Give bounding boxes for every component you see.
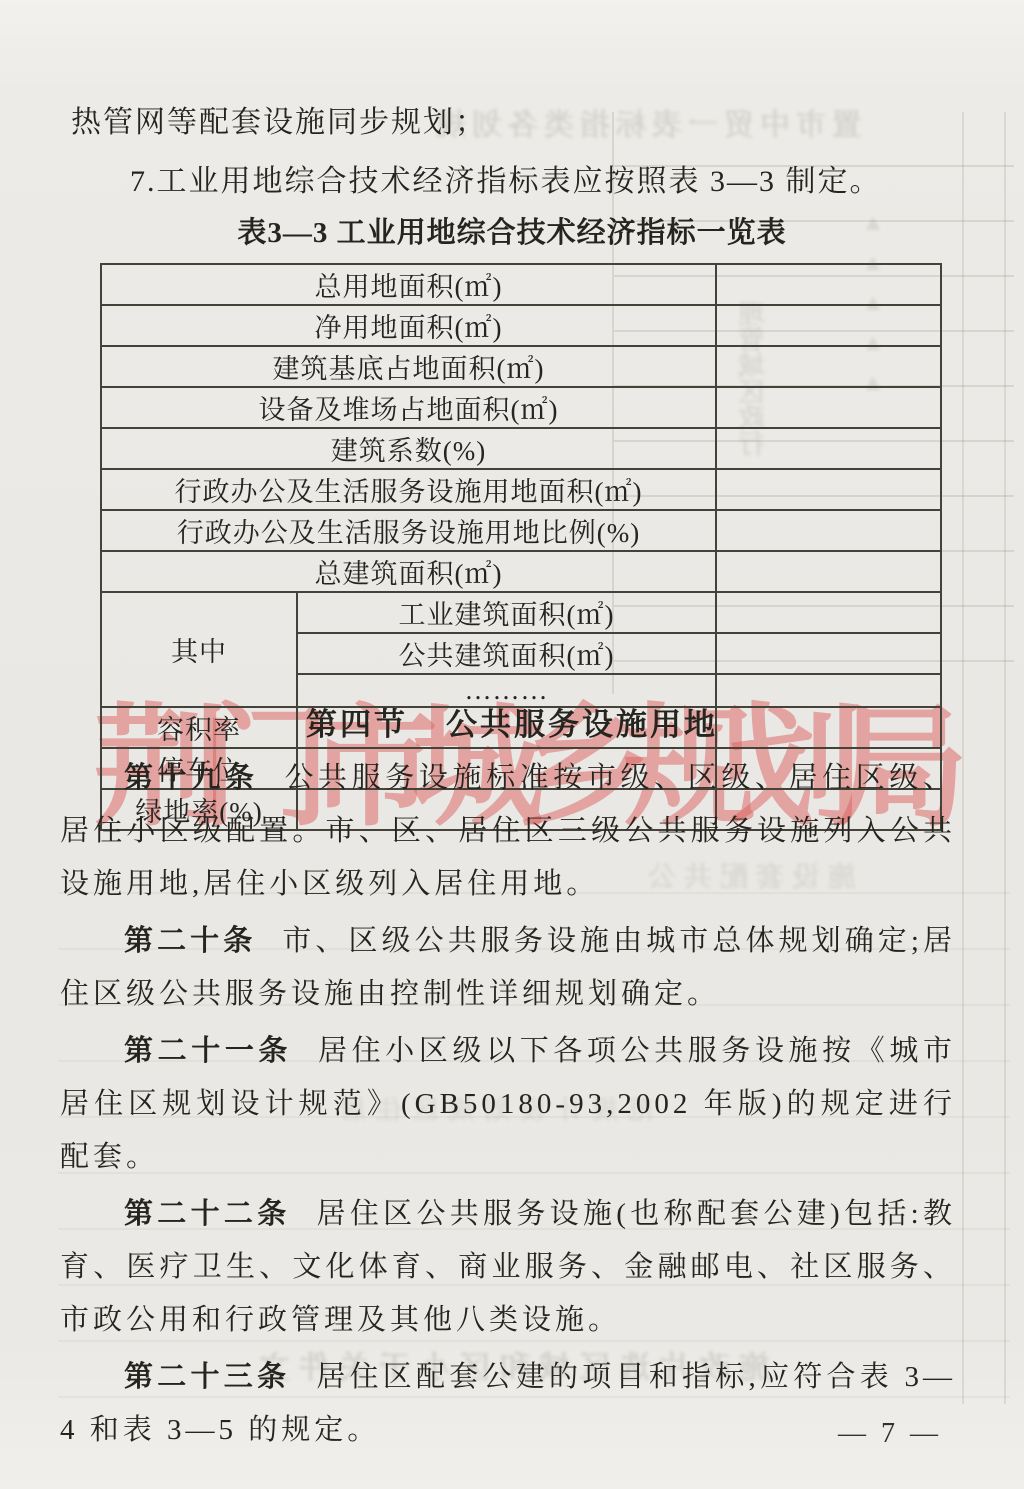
indicator-sublabel: 公共建筑面积(㎡) bbox=[297, 633, 716, 674]
value-cell-empty bbox=[716, 551, 941, 592]
indicator-label: 行政办公及生活服务设施用地面积(㎡) bbox=[101, 469, 716, 510]
bleed-through-text: 置市中贸一表标指类各划规 bbox=[430, 100, 862, 144]
value-cell-empty bbox=[716, 264, 941, 305]
article-21: 第二十一条居住小区级以下各项公共服务设施按《城市居住区规划设计规范》(GB501… bbox=[60, 1025, 956, 1184]
section-title: 公共服务设施用地 bbox=[446, 707, 718, 742]
article-22: 第二十二条居住区公共服务设施(也称配套公建)包括:教育、医疗卫生、文化体育、商业… bbox=[60, 1188, 956, 1347]
indicator-label: 总建筑面积(㎡) bbox=[101, 551, 716, 592]
value-cell-empty bbox=[716, 305, 941, 346]
article-22-label: 第二十二条 bbox=[124, 1198, 291, 1230]
table-row: 总建筑面积(㎡) bbox=[101, 551, 941, 592]
table-3-3-title: 表3—3 工业用地综合技术经济指标一览表 bbox=[0, 210, 1024, 251]
value-cell-empty bbox=[716, 469, 941, 510]
article-20: 第二十条市、区级公共服务设施由城市总体规划确定;居住区级公共服务设施由控制性详细… bbox=[60, 915, 956, 1021]
table-row: 建筑系数(%) bbox=[101, 428, 941, 469]
bleed-through-vline bbox=[962, 112, 964, 1404]
value-cell-empty bbox=[716, 428, 941, 469]
table-row: 行政办公及生活服务设施用地面积(㎡) bbox=[101, 469, 941, 510]
article-20-label: 第二十条 bbox=[124, 925, 256, 957]
indicator-label: 净用地面积(㎡) bbox=[101, 305, 716, 346]
value-cell-empty bbox=[716, 510, 941, 551]
table-row: 建筑基底占地面积(㎡) bbox=[101, 346, 941, 387]
table-row: 其中 工业建筑面积(㎡) bbox=[101, 592, 941, 633]
table-3-3: 总用地面积(㎡) 净用地面积(㎡) 建筑基底占地面积(㎡) 设备及堆场占地面积(… bbox=[100, 263, 942, 831]
paragraph-continuation: 热管网等配套设施同步规划； bbox=[71, 97, 487, 141]
article-19-label: 第十九条 bbox=[124, 762, 258, 794]
value-cell-empty bbox=[716, 387, 941, 428]
value-cell-empty bbox=[716, 633, 941, 674]
table-row: 净用地面积(㎡) bbox=[101, 305, 941, 346]
indicator-label: 总用地面积(㎡) bbox=[101, 264, 716, 305]
section-number: 第四节 bbox=[306, 707, 408, 742]
article-19: 第十九条公共服务设施标准按市级、区级、居住区级、居住小区级配置。市、区、居住区三… bbox=[60, 752, 956, 911]
section-heading: 第四节公共服务设施用地 bbox=[0, 699, 1024, 744]
table-row: 行政办公及生活服务设施用地比例(%) bbox=[101, 510, 941, 551]
indicator-label: 行政办公及生活服务设施用地比例(%) bbox=[101, 510, 716, 551]
indicator-label: 设备及堆场占地面积(㎡) bbox=[101, 387, 716, 428]
indicator-sublabel: 工业建筑面积(㎡) bbox=[297, 592, 716, 633]
page-number: — 7 — bbox=[838, 1418, 942, 1450]
article-paragraphs: 第十九条公共服务设施标准按市级、区级、居住区级、居住小区级配置。市、区、居住区三… bbox=[60, 752, 956, 1461]
list-item-7: 7.工业用地综合技术经济指标表应按照表 3—3 制定。 bbox=[130, 156, 882, 200]
article-21-label: 第二十一条 bbox=[124, 1035, 292, 1067]
document-page: 置市中贸一表标指类各划规 理管域区政行 ▲▲▲▲▲ 施设套配共公 范规计设划规区… bbox=[0, 0, 1024, 1489]
article-23: 第二十三条居住区配套公建的项目和指标,应符合表 3—4 和表 3—5 的规定。 bbox=[60, 1351, 956, 1457]
among-which-label: 其中 bbox=[101, 592, 297, 707]
value-cell-empty bbox=[716, 592, 941, 633]
article-23-label: 第二十三条 bbox=[124, 1361, 290, 1393]
indicator-label: 建筑基底占地面积(㎡) bbox=[101, 346, 716, 387]
table-row: 设备及堆场占地面积(㎡) bbox=[101, 387, 941, 428]
value-cell-empty bbox=[716, 346, 941, 387]
bleed-through-vline bbox=[1004, 112, 1006, 1404]
table-row: 总用地面积(㎡) bbox=[101, 264, 941, 305]
indicator-label: 建筑系数(%) bbox=[101, 428, 716, 469]
